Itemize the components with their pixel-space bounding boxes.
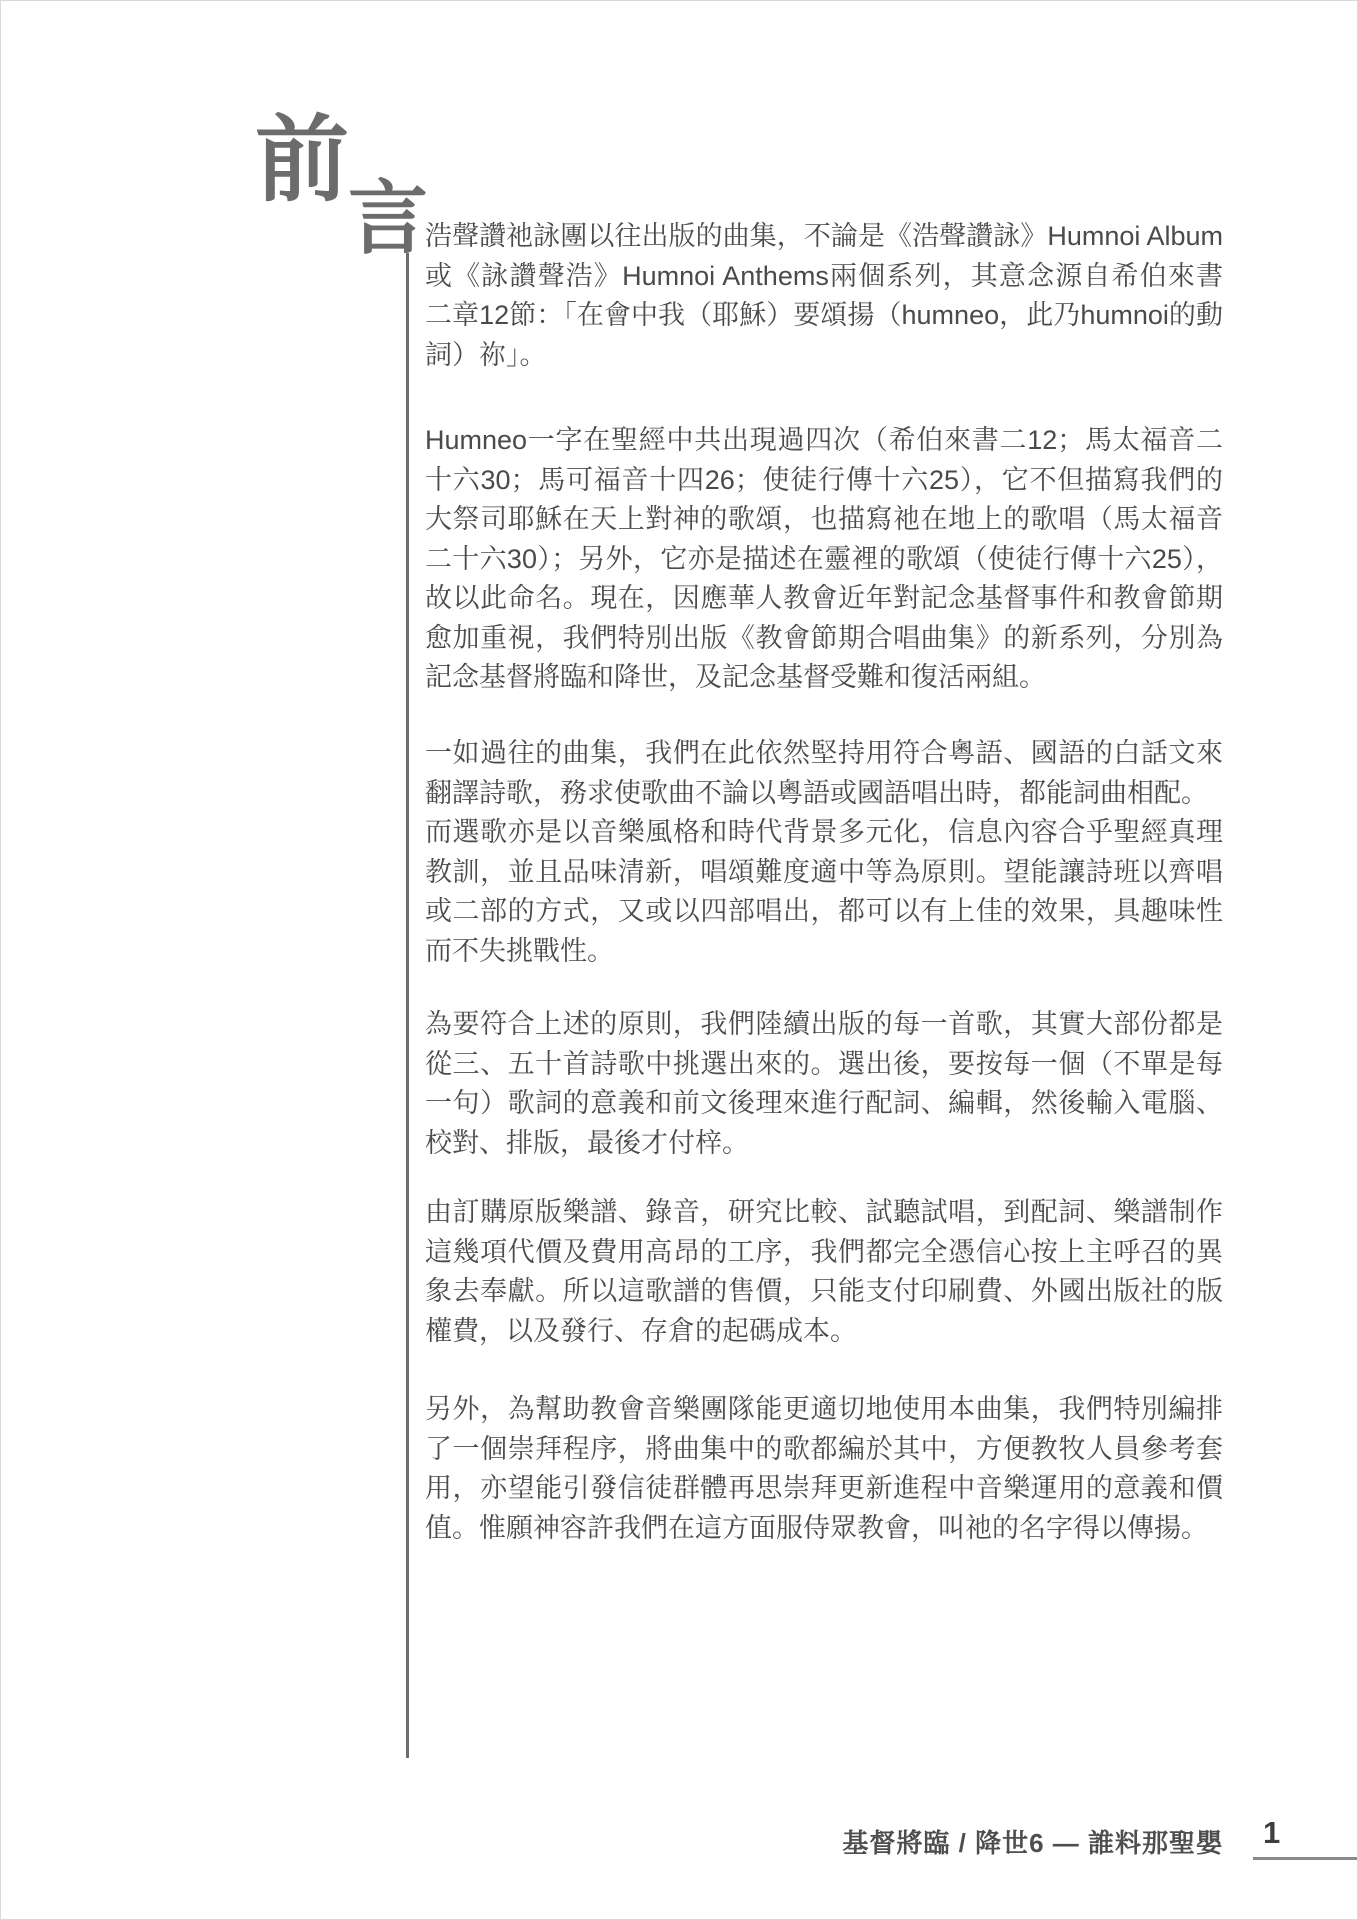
preface-page: 前 言 浩聲讚祂詠團以往出版的曲集，不論是《浩聲讚詠》Humnoi Album或… — [0, 0, 1358, 1920]
footer-rule — [1253, 1857, 1358, 1860]
text-block: 由訂購原版樂譜、錄音，研究比較、試聽試唱，到配詞、樂譜制作這幾項代價及費用高昂的… — [425, 1193, 1223, 1351]
text-block: 為要符合上述的原則，我們陸續出版的每一首歌，其實大部份都是從三、五十首詩歌中挑選… — [425, 1005, 1223, 1163]
paragraph-1: 浩聲讚祂詠團以往出版的曲集，不論是《浩聲讚詠》Humnoi Album或《詠讚聲… — [425, 217, 1223, 375]
paragraph-5: 由訂購原版樂譜、錄音，研究比較、試聽試唱，到配詞、樂譜制作這幾項代價及費用高昂的… — [425, 1193, 1223, 1351]
vertical-rule — [406, 253, 409, 1758]
text-block: 另外，為幫助教會音樂團隊能更適切地使用本曲集，我們特別編排了一個崇拜程序，將曲集… — [425, 1390, 1223, 1548]
text-block: 而選歌亦是以音樂風格和時代背景多元化，信息內容合乎聖經真理教訓，並且品味清新，唱… — [425, 813, 1223, 971]
text-block: Humneo一字在聖經中共出現過四次（希伯來書二12；馬太福音二十六30；馬可福… — [425, 421, 1223, 698]
title-char-large: 前 — [255, 113, 349, 207]
footer-page-number: 1 — [1263, 1815, 1280, 1851]
paragraph-3: 一如過往的曲集，我們在此依然堅持用符合粵語、國語的白話文來翻譯詩歌，務求使歌曲不… — [425, 734, 1223, 971]
paragraph-4: 為要符合上述的原則，我們陸續出版的每一首歌，其實大部份都是從三、五十首詩歌中挑選… — [425, 1005, 1223, 1163]
text-block: 一如過往的曲集，我們在此依然堅持用符合粵語、國語的白話文來翻譯詩歌，務求使歌曲不… — [425, 734, 1223, 813]
footer-running-title: 基督將臨 / 降世6 — 誰料那聖嬰 — [425, 1823, 1223, 1860]
text-block: 浩聲讚祂詠團以往出版的曲集，不論是《浩聲讚詠》Humnoi Album或《詠讚聲… — [425, 217, 1223, 375]
paragraph-2: Humneo一字在聖經中共出現過四次（希伯來書二12；馬太福音二十六30；馬可福… — [425, 421, 1223, 698]
paragraph-6: 另外，為幫助教會音樂團隊能更適切地使用本曲集，我們特別編排了一個崇拜程序，將曲集… — [425, 1390, 1223, 1548]
title-char-small: 言 — [348, 179, 428, 259]
